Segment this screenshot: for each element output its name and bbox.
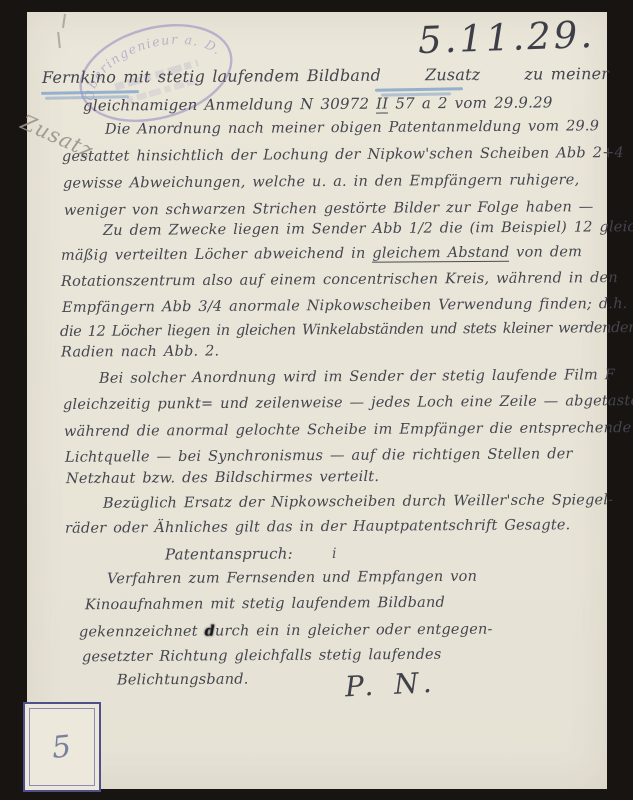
page-number-label: 5 [23,702,101,792]
page-number: 5 [51,729,74,766]
pencil-tick-mark [62,14,66,28]
signature-initials: P. N. [344,666,438,704]
handwritten-line: während die anormal gelochte Scheibe im … [64,420,632,440]
claim-heading: Patentanspruch: [165,545,293,564]
handwritten-line: Radien nach Abb. 2. [61,343,219,360]
handwritten-line: gestattet hinsichtlich der Lochung der N… [62,145,624,165]
handwritten-line: gewisse Abweichungen, welche u. a. in de… [63,172,579,192]
handwritten-line: Belichtungsband. [117,672,249,689]
title-word: Fernkino [42,67,116,87]
handwritten-line: räder oder Ähnliches gilt das in der Hau… [65,517,571,537]
handwritten-line: Die Anordnung nach meiner obigen Patenta… [105,118,599,137]
handwritten-line: Bezüglich Ersatz der Nipkowscheiben durc… [103,492,613,512]
handwritten-line-reference: gleichnamigen Anmeldung N 30972 II 57 a … [83,93,553,114]
handwritten-line: die 12 Löcher liegen in gleichen Winkela… [60,320,633,340]
handwritten-line: Empfängern Abb 3/4 anormale Nipkowscheib… [62,296,628,316]
addendum-tail: zu meiner [524,64,609,84]
handwritten-line: weniger von schwarzen Strichen gestörte … [64,199,594,219]
handwritten-line: gleichzeitig punkt= und zeilenweise — je… [63,393,633,413]
scanned-document-page: Oberingenieur a. D. 5.11.29. Zusatz Fern… [0,0,633,800]
addendum-word: Zusatz [425,65,480,84]
date-annotation: 5.11.29. [417,13,595,62]
ref-post: 57 a 2 vom 29.9.29 [388,93,552,112]
handwritten-line: mäßig verteilten Löcher abweichend in gl… [61,244,582,264]
underlined-phrase: gleichem Abstand [372,245,509,263]
pencil-tick-mark [57,32,61,48]
page-number-inner-frame: 5 [29,708,95,786]
handwritten-line: Kinoaufnahmen mit stetig laufendem Bildb… [85,595,445,614]
paper-sheet: Oberingenieur a. D. 5.11.29. Zusatz Fern… [27,12,607,789]
line-pre: mäßig verteilten Löcher abweichend in [61,246,372,264]
handwritten-line: Bei solcher Anordnung wird im Sender der… [99,367,615,387]
handwritten-line: Lichtquelle — bei Synchronismus — auf di… [65,446,573,466]
line-post: von dem [509,244,582,261]
handwritten-line: Zu dem Zwecke liegen im Sender Abb 1/2 d… [103,219,633,239]
handwritten-line: Rotationszentrum also auf einem concentr… [61,270,618,290]
handwritten-line: gekennzeichnet durch ein in gleicher ode… [79,621,493,641]
stray-ink-mark: i [332,546,336,562]
handwritten-line-title: Fernkino mit stetig laufendem BildbandZu… [42,64,609,87]
title-rest: mit stetig laufendem Bildband [116,66,381,87]
handwritten-line: gesetzter Richtung gleichfalls stetig la… [82,647,442,666]
handwritten-line: Netzhaut bzw. des Bildschirmes verteilt. [66,469,379,487]
line-post: urch ein in gleicher oder entgegen- [215,622,493,640]
ref-roman-numeral: II [376,95,388,114]
blue-underline-addendum [375,87,463,92]
handwritten-line: Verfahren zum Fernsenden und Empfangen v… [107,569,477,588]
line-pre: gekennzeichnet [79,624,205,641]
ink-blot-letter: d [205,622,215,639]
ref-pre: gleichnamigen Anmeldung N 30972 [83,95,376,115]
